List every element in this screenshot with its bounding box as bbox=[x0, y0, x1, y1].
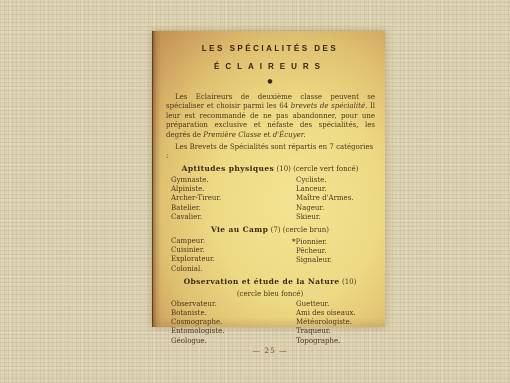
section-heading-text: Observation et étude de la Nature bbox=[184, 277, 340, 286]
intro-italic-3: d'Écuyer. bbox=[273, 131, 306, 139]
list-column-right: Guetteur. Ami des oiseaux. Météorologist… bbox=[296, 300, 377, 346]
list-column-right: Cycliste. Lanceur. Maître d'Armes. Nageu… bbox=[296, 176, 377, 222]
list-item: Nageur. bbox=[296, 204, 377, 213]
list-item: Batelier. bbox=[171, 204, 296, 213]
section-heading-text: Vie au Camp bbox=[211, 225, 268, 234]
list-item: Cavalier. bbox=[171, 213, 296, 222]
page-title-line1: LES SPÉCIALITÉS DES bbox=[163, 44, 377, 54]
page-number: — 25 — bbox=[163, 346, 377, 359]
list-item: Campeur. bbox=[171, 237, 296, 246]
section-heading-suffix: (7) (cercle brun) bbox=[271, 226, 329, 234]
page-title: LES SPÉCIALITÉS DES ÉCLAIREURS bbox=[163, 44, 377, 72]
list-item: Ami des oiseaux. bbox=[296, 309, 377, 318]
list-item: Traqueur. bbox=[296, 327, 377, 336]
list-column-left: Gymnaste. Alpiniste. Archer-Tireur. Bate… bbox=[171, 176, 296, 222]
intro-paragraph: Les Eclaireurs de deuxième classe peuven… bbox=[163, 93, 377, 140]
list-column-right: *Pionnier. Pêcheur. Signaleur. bbox=[296, 237, 377, 274]
list-item-text: Pionnier. bbox=[296, 238, 327, 246]
section-list-vie-au-camp: Campeur. Cuisinier. Explorateur. Colonia… bbox=[163, 237, 377, 274]
list-item: Météorologiste. bbox=[296, 318, 377, 327]
list-column-left: Campeur. Cuisinier. Explorateur. Colonia… bbox=[171, 237, 296, 274]
list-item: *Pionnier. bbox=[296, 237, 377, 247]
list-item: Botaniste. bbox=[171, 309, 296, 318]
section-list-observation-nature: Observateur. Botaniste. Cosmographe. Ent… bbox=[163, 300, 377, 346]
section-heading-suffix: (10) bbox=[342, 278, 356, 286]
list-item: Géologue. bbox=[171, 337, 296, 346]
section-heading-observation-nature: Observation et étude de la Nature (10) bbox=[163, 277, 377, 287]
section-list-aptitudes-physiques: Gymnaste. Alpiniste. Archer-Tireur. Bate… bbox=[163, 176, 377, 222]
linen-backdrop: LES SPÉCIALITÉS DES ÉCLAIREURS ● Les Ecl… bbox=[0, 0, 510, 383]
list-item: Cuisinier. bbox=[171, 246, 296, 255]
list-item: Lanceur. bbox=[296, 185, 377, 194]
intro-italic-1: brevets de spécialité. bbox=[291, 102, 368, 110]
list-item: Guetteur. bbox=[296, 300, 377, 309]
list-item: Topographe. bbox=[296, 337, 377, 346]
intro-italic-2: Première Classe bbox=[203, 131, 261, 139]
list-item: Alpiniste. bbox=[171, 185, 296, 194]
list-item: Archer-Tireur. bbox=[171, 194, 296, 203]
list-item: Skieur. bbox=[296, 213, 377, 222]
section-heading-aptitudes-physiques: Aptitudes physiques (10) (cercle vert fo… bbox=[163, 164, 377, 174]
list-item: Entomologiste. bbox=[171, 327, 296, 336]
list-item: Cycliste. bbox=[296, 176, 377, 185]
list-item: Pêcheur. bbox=[296, 247, 377, 256]
section-heading-text: Aptitudes physiques bbox=[182, 164, 275, 173]
categories-line: Les Brevets de Spécialités sont répartis… bbox=[163, 143, 377, 161]
list-item: Signaleur. bbox=[296, 256, 377, 265]
intro-text-3: et bbox=[261, 131, 272, 139]
list-item: Cosmographe. bbox=[171, 318, 296, 327]
list-item: Gymnaste. bbox=[171, 176, 296, 185]
section-heading-vie-au-camp: Vie au Camp (7) (cercle brun) bbox=[163, 225, 377, 235]
list-column-left: Observateur. Botaniste. Cosmographe. Ent… bbox=[171, 300, 296, 346]
list-item: Observateur. bbox=[171, 300, 296, 309]
list-item: Maître d'Armes. bbox=[296, 194, 377, 203]
list-item: Explorateur. bbox=[171, 255, 296, 264]
section-heading-observation-line2: (cercle bleu foncé) bbox=[163, 290, 377, 298]
page-title-line2: ÉCLAIREURS bbox=[163, 62, 377, 72]
section-heading-suffix: (10) (cercle vert foncé) bbox=[277, 165, 359, 173]
scanned-book-page: LES SPÉCIALITÉS DES ÉCLAIREURS ● Les Ecl… bbox=[152, 31, 385, 327]
divider-dot: ● bbox=[163, 79, 377, 85]
list-item: Colonial. bbox=[171, 265, 296, 274]
